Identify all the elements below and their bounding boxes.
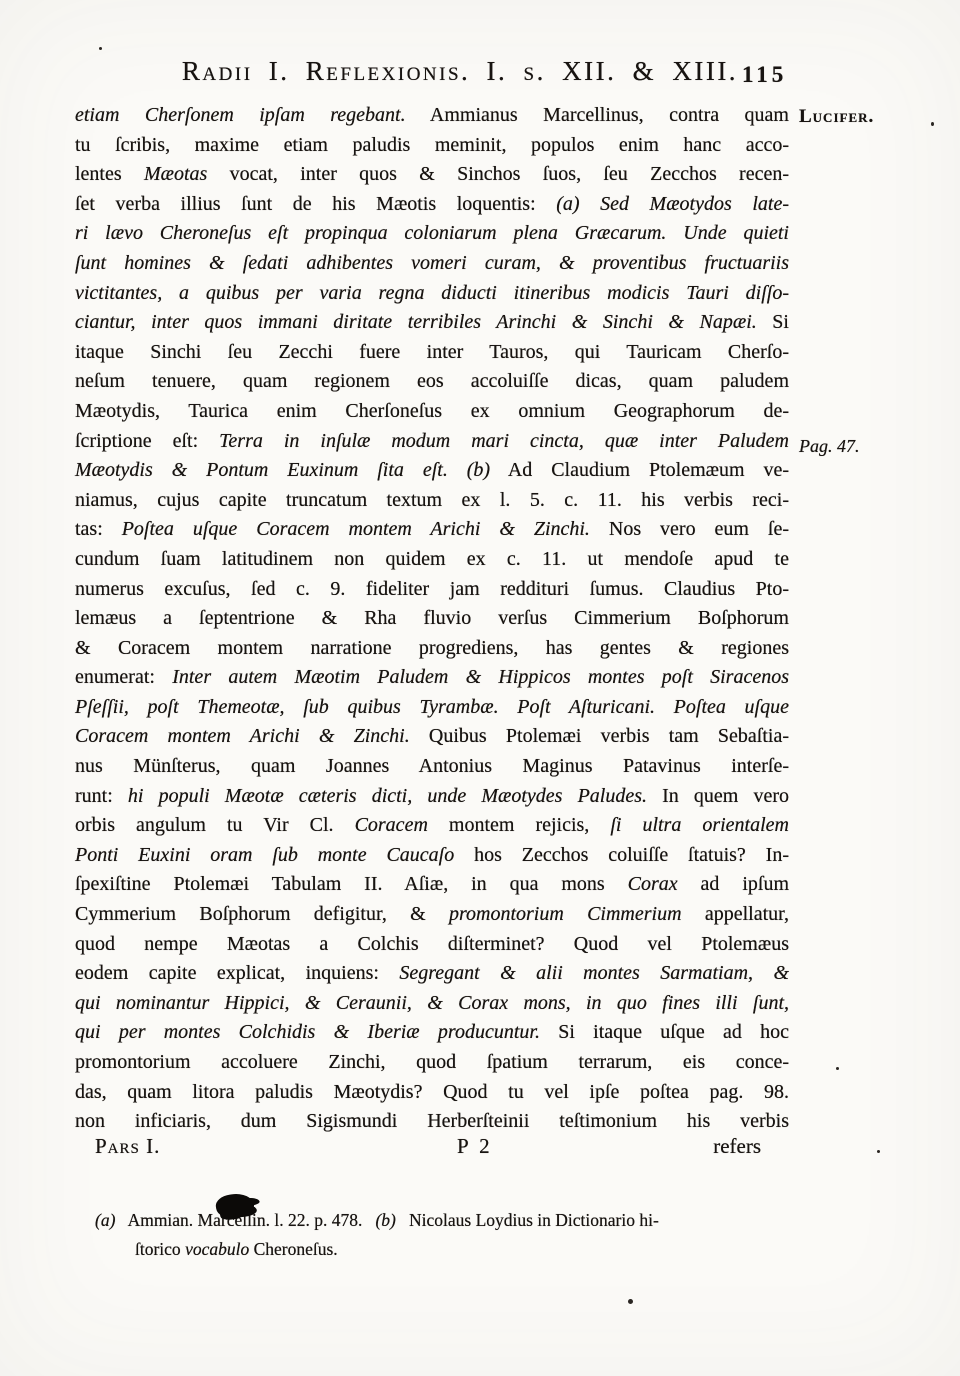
footnotes: (a) Ammian. Marcellin. l. 22. p. 478. (b… — [95, 1206, 785, 1264]
text-segment: (a) Sed Mæotydos late- — [556, 193, 789, 215]
text-segment: Ammianus Marcellinus, contra quam — [406, 104, 789, 126]
text-line: lentes Mæotas vocat, inter quos & Sincho… — [75, 160, 789, 190]
text-segment: Poſtea uſque Coracem montem Arichi & Zin… — [122, 518, 590, 540]
text-line: (a) Ammian. Marcellin. l. 22. p. 478. (b… — [95, 1206, 785, 1235]
text-segment: orbis angulum tu Vir Cl. — [75, 814, 355, 836]
text-segment: Nos vero eum ſe- — [590, 518, 789, 540]
text-segment: das, quam litora paludis Mæotydis? Quod … — [75, 1081, 789, 1103]
text-line: Cymmerium Boſphorum defigitur, & promont… — [75, 900, 789, 930]
text-segment: Quibus Ptolemæi verbis tam Sebaſtia- — [410, 725, 789, 747]
text-line: ſunt homines & ſedati adhibentes vomeri … — [75, 249, 789, 279]
text-line: ſet verba illius ſunt de his Mæotis loqu… — [75, 190, 789, 220]
text-segment: Cheroneſus. — [249, 1239, 337, 1259]
book-page: Radii I. Reflexionis. I. ſ. XII. & XIII.… — [0, 0, 960, 1376]
text-segment: (a) — [95, 1210, 115, 1230]
margin-note-lucifer: Lucifer. — [799, 106, 874, 128]
text-segment: Terra in inſulæ modum mari cincta, quæ i… — [219, 430, 789, 452]
text-line: ſpexiſtine Ptolemæi Tabulam II. Aſiæ, in… — [75, 870, 789, 900]
text-segment: ri lævo Cheroneſus eſt propinqua colonia… — [75, 222, 789, 244]
text-segment: itaque Sinchi ſeu Zecchi fuere inter Tau… — [75, 341, 789, 363]
text-line: runt: hi populi Mæotæ cæteris dicti, und… — [75, 782, 789, 812]
text-segment: appellatur, — [682, 903, 789, 925]
text-segment: Coracem — [355, 814, 428, 836]
text-line: tas: Poſtea uſque Coracem montem Arichi … — [75, 515, 789, 545]
text-segment: montem rejicis, — [428, 814, 610, 836]
text-line: itaque Sinchi ſeu Zecchi fuere inter Tau… — [75, 338, 789, 368]
text-segment: niamus, cujus capite truncatum textum ex… — [75, 489, 789, 511]
text-segment: promontorium accoluere Zinchi, quod ſpat… — [75, 1051, 789, 1073]
text-segment: qui per montes Colchidis & Iberiæ produc… — [75, 1021, 540, 1043]
text-line: etiam Cherſonem ipſam regebant. Ammianus… — [75, 101, 789, 131]
text-segment: enumerat: — [75, 666, 172, 688]
text-segment: In quem vero — [647, 785, 789, 807]
text-segment: vocabulo — [185, 1239, 249, 1259]
text-segment: Si — [757, 311, 789, 333]
body-text: etiam Cherſonem ipſam regebant. Ammianus… — [75, 101, 789, 1137]
text-segment: nus Münſterus, quam Joannes Antonius Mag… — [75, 755, 789, 777]
speck — [628, 1299, 633, 1304]
text-segment: eodem capite explicat, inquiens: — [75, 962, 399, 984]
text-segment: hi populi Mæotæ cæteris dicti, unde Mæot… — [128, 785, 647, 807]
text-line: victitantes, a quibus per varia regna di… — [75, 279, 789, 309]
text-segment: Nicolaus Loydius in Dictionario hi- — [396, 1210, 659, 1230]
text-segment: ſcriptione eſt: — [75, 430, 219, 452]
text-segment: Cymmerium Boſphorum defigitur, & — [75, 903, 449, 925]
text-segment: hos Zecchos coluiſſe ſtatuis? In- — [474, 844, 789, 866]
text-line: promontorium accoluere Zinchi, quod ſpat… — [75, 1048, 789, 1078]
text-segment: Mæotydis, Taurica enim Cherſoneſus ex om… — [75, 400, 789, 422]
text-line: Mæotydis & Pontum Euxinum ſita eſt. (b) … — [75, 456, 789, 486]
speck — [99, 47, 102, 50]
text-line: Coracem montem Arichi & Zinchi. Quibus P… — [75, 722, 789, 752]
text-segment: tu ſcribis, maxime etiam paludis meminit… — [75, 134, 789, 156]
speck — [836, 1067, 839, 1070]
text-line: ſcriptione eſt: Terra in inſulæ modum ma… — [75, 427, 789, 457]
text-line: Pſeſſii, poſt Themeotæ, ſub quibus Tyram… — [75, 693, 789, 723]
text-line: ſtorico vocabulo Cheroneſus. — [95, 1235, 785, 1264]
text-segment: lemæus a ſeptentrione & Rha fluvio verſu… — [75, 607, 789, 629]
speck — [877, 1150, 880, 1153]
text-segment: ſtorico — [135, 1239, 185, 1259]
catchword: refers — [713, 1134, 761, 1159]
speck — [931, 122, 934, 126]
text-line: qui nominantur Hippici, & Ceraunii, & Co… — [75, 989, 789, 1019]
text-line: nus Münſterus, quam Joannes Antonius Mag… — [75, 752, 789, 782]
signature-pars: Pars I. — [95, 1134, 160, 1159]
signature-mark: P 2 — [457, 1134, 493, 1159]
text-line: ciantur, inter quos immani diritate terr… — [75, 308, 789, 338]
text-segment: etiam Cherſonem ipſam regebant. — [75, 104, 406, 126]
text-line: niamus, cujus capite truncatum textum ex… — [75, 486, 789, 516]
text-segment: promontorium Cimmerium — [449, 903, 682, 925]
page-number: 115 — [742, 62, 787, 88]
running-head-title: Radii I. Reflexionis. I. ſ. XII. & XIII. — [182, 56, 738, 86]
text-segment: non inficiaris, dum Sigismundi Herberſte… — [75, 1110, 789, 1132]
text-line: eodem capite explicat, inquiens: Segrega… — [75, 959, 789, 989]
text-line: numerus excuſus, ſed c. 9. fideliter jam… — [75, 575, 789, 605]
text-line: Ponti Euxini oram ſub monte Caucaſo hos … — [75, 841, 789, 871]
text-segment: Inter autem Mæotim Paludem & Hippicos mo… — [172, 666, 789, 688]
text-line: qui per montes Colchidis & Iberiæ produc… — [75, 1018, 789, 1048]
text-segment: ſunt homines & ſedati adhibentes vomeri … — [75, 252, 789, 274]
text-line: orbis angulum tu Vir Cl. Coracem montem … — [75, 811, 789, 841]
text-line: tu ſcribis, maxime etiam paludis meminit… — [75, 131, 789, 161]
text-segment: quod nempe Mæotas a Colchis diſterminet?… — [75, 933, 789, 955]
text-segment: & Coracem montem narratione progrediens,… — [75, 637, 789, 659]
margin-note-pag: Pag. 47. — [799, 436, 860, 457]
text-line: lemæus a ſeptentrione & Rha fluvio verſu… — [75, 604, 789, 634]
text-segment: numerus excuſus, ſed c. 9. fideliter jam… — [75, 578, 789, 600]
text-segment: Ad Claudium Ptolemæum ve- — [490, 459, 789, 481]
running-head: Radii I. Reflexionis. I. ſ. XII. & XIII. — [150, 56, 770, 87]
text-line: Mæotydis, Taurica enim Cherſoneſus ex om… — [75, 397, 789, 427]
text-segment: ciantur, inter quos immani diritate terr… — [75, 311, 757, 333]
text-segment: Coracem montem Arichi & Zinchi. — [75, 725, 410, 747]
text-line: non inficiaris, dum Sigismundi Herberſte… — [75, 1107, 789, 1137]
text-line: enumerat: Inter autem Mæotim Paludem & H… — [75, 663, 789, 693]
text-line: ri lævo Cheroneſus eſt propinqua colonia… — [75, 219, 789, 249]
text-segment: Mæotas — [144, 163, 207, 185]
text-line: neſum tenuere, quam regionem eos accolui… — [75, 367, 789, 397]
text-segment: Segregant & alii montes Sarmatiam, & — [399, 962, 789, 984]
text-segment: neſum tenuere, quam regionem eos accolui… — [75, 370, 789, 392]
text-line: cundum ſuam latitudinem non quidem ex c.… — [75, 545, 789, 575]
text-segment: ſi ultra orientalem — [610, 814, 789, 836]
text-segment: qui nominantur Hippici, & Ceraunii, & Co… — [75, 992, 789, 1014]
text-segment: vocat, inter quos & Sinchos ſuos, ſeu Ze… — [207, 163, 789, 185]
text-segment: runt: — [75, 785, 128, 807]
text-segment: ad ipſum — [678, 873, 789, 895]
text-segment: ſet verba illius ſunt de his Mæotis loqu… — [75, 193, 556, 215]
text-segment: victitantes, a quibus per varia regna di… — [75, 282, 789, 304]
text-line: quod nempe Mæotas a Colchis diſterminet?… — [75, 930, 789, 960]
text-segment: ſpexiſtine Ptolemæi Tabulam II. Aſiæ, in… — [75, 873, 628, 895]
text-segment: Mæotydis & Pontum Euxinum ſita eſt. (b) — [75, 459, 490, 481]
text-line: & Coracem montem narratione progrediens,… — [75, 634, 789, 664]
text-segment: Si itaque uſque ad hoc — [540, 1021, 789, 1043]
text-segment: lentes — [75, 163, 144, 185]
text-line: das, quam litora paludis Mæotydis? Quod … — [75, 1078, 789, 1108]
text-segment: cundum ſuam latitudinem non quidem ex c.… — [75, 548, 789, 570]
text-segment: tas: — [75, 518, 122, 540]
text-segment: Pſeſſii, poſt Themeotæ, ſub quibus Tyram… — [75, 696, 789, 718]
text-segment: Corax — [628, 873, 678, 895]
text-segment: (b) — [375, 1210, 395, 1230]
text-segment: Ponti Euxini oram ſub monte Caucaſo — [75, 844, 474, 866]
